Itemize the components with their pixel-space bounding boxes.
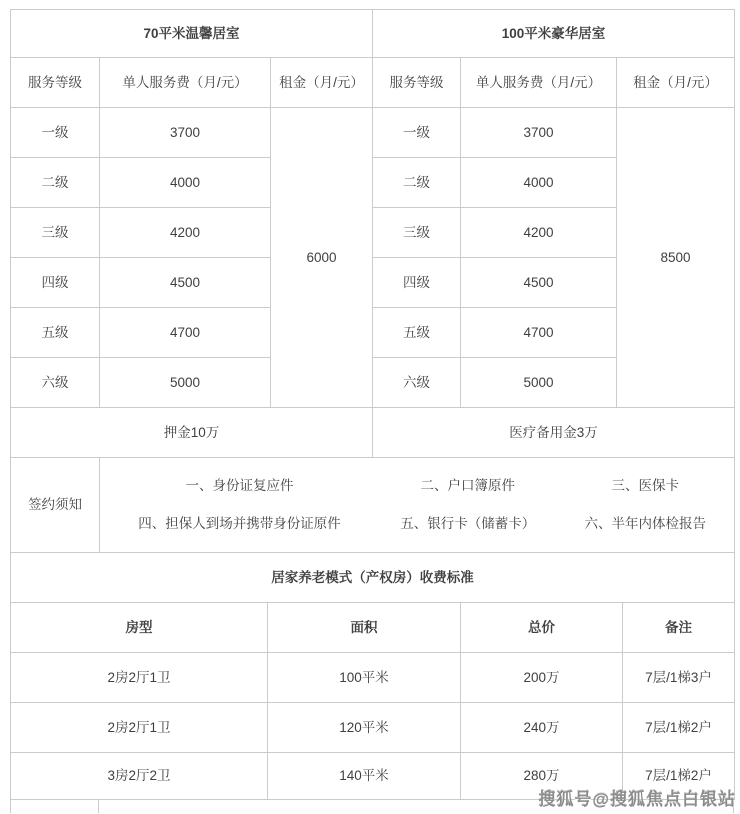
watermark: 搜狐号@搜狐焦点白银站 — [538, 785, 736, 810]
area-cell: 100平米 — [268, 653, 461, 703]
level-cell: 四级 — [11, 258, 100, 308]
col-header-total-price: 总价 — [461, 603, 623, 653]
fee-cell: 4000 — [461, 158, 617, 208]
room-type-cell: 3房2厅2卫 — [11, 753, 268, 800]
level-cell: 一级 — [11, 108, 100, 158]
service-pricing-table: 70平米温馨居室 100平米豪华居室 服务等级 单人服务费（月/元） 租金（月/… — [10, 9, 735, 553]
col-header-service-fee: 单人服务费（月/元） — [100, 58, 271, 108]
fee-cell: 4700 — [100, 308, 271, 358]
col-header-rent: 租金（月/元） — [617, 58, 735, 108]
level-cell: 一级 — [373, 108, 461, 158]
level-cell: 二级 — [11, 158, 100, 208]
col-header-service-level: 服务等级 — [11, 58, 100, 108]
fee-cell: 4500 — [100, 258, 271, 308]
table-row: 2房2厅1卫 100平米 200万 7层/1梯3户 — [11, 653, 735, 703]
room-type-cell: 2房2厅1卫 — [11, 703, 268, 753]
col-header-rent: 租金（月/元） — [271, 58, 373, 108]
fee-cell: 4200 — [461, 208, 617, 258]
room-70-title: 70平米温馨居室 — [11, 10, 373, 58]
rent-100-cell: 8500 — [617, 108, 735, 408]
col-header-service-level: 服务等级 — [373, 58, 461, 108]
notice-item: 六、半年内体检报告 — [584, 515, 706, 533]
notice-item: 三、医保卡 — [611, 477, 679, 495]
fee-cell: 4500 — [461, 258, 617, 308]
level-cell: 五级 — [373, 308, 461, 358]
col-header-remark: 备注 — [623, 603, 735, 653]
table-row: 一级 3700 6000 一级 3700 8500 — [11, 108, 735, 158]
notice-items: 一、身份证复应件 二、户口簿原件 三、医保卡 四、担保人到场并携带身份证原件 五… — [100, 477, 734, 532]
price-cell: 200万 — [461, 653, 623, 703]
rent-70-cell: 6000 — [271, 108, 373, 408]
property-pricing-table: 居家养老模式（产权房）收费标准 房型 面积 总价 备注 2房2厅1卫 100平米… — [10, 552, 735, 800]
level-cell: 三级 — [373, 208, 461, 258]
notice-item: 二、户口簿原件 — [420, 477, 515, 495]
col-header-area: 面积 — [268, 603, 461, 653]
property-section-title: 居家养老模式（产权房）收费标准 — [11, 553, 735, 603]
price-cell: 240万 — [461, 703, 623, 753]
level-cell: 六级 — [11, 358, 100, 408]
area-cell: 140平米 — [268, 753, 461, 800]
remark-cell: 7层/1梯2户 — [623, 703, 735, 753]
medical-reserve-cell: 医疗备用金3万 — [373, 408, 735, 458]
fee-schedule: 70平米温馨居室 100平米豪华居室 服务等级 单人服务费（月/元） 租金（月/… — [10, 9, 734, 813]
level-cell: 五级 — [11, 308, 100, 358]
notice-item: 四、担保人到场并携带身份证原件 — [138, 515, 341, 533]
fee-cell: 3700 — [461, 108, 617, 158]
notice-items-cell: 一、身份证复应件 二、户口簿原件 三、医保卡 四、担保人到场并携带身份证原件 五… — [100, 458, 735, 553]
fee-cell: 5000 — [100, 358, 271, 408]
fee-cell: 5000 — [461, 358, 617, 408]
cell-divider — [98, 800, 99, 813]
notice-item: 一、身份证复应件 — [185, 477, 293, 495]
room-100-title: 100平米豪华居室 — [373, 10, 735, 58]
level-cell: 二级 — [373, 158, 461, 208]
level-cell: 四级 — [373, 258, 461, 308]
level-cell: 三级 — [11, 208, 100, 258]
fee-cell: 3700 — [100, 108, 271, 158]
fee-cell: 4700 — [461, 308, 617, 358]
notice-item: 五、银行卡（储蓄卡） — [400, 515, 535, 533]
fee-cell: 4200 — [100, 208, 271, 258]
level-cell: 六级 — [373, 358, 461, 408]
notice-label: 签约须知 — [11, 458, 100, 553]
fee-cell: 4000 — [100, 158, 271, 208]
remark-cell: 7层/1梯3户 — [623, 653, 735, 703]
deposit-cell: 押金10万 — [11, 408, 373, 458]
col-header-room-type: 房型 — [11, 603, 268, 653]
area-cell: 120平米 — [268, 703, 461, 753]
col-header-service-fee: 单人服务费（月/元） — [461, 58, 617, 108]
room-type-cell: 2房2厅1卫 — [11, 653, 268, 703]
table-row: 2房2厅1卫 120平米 240万 7层/1梯2户 — [11, 703, 735, 753]
